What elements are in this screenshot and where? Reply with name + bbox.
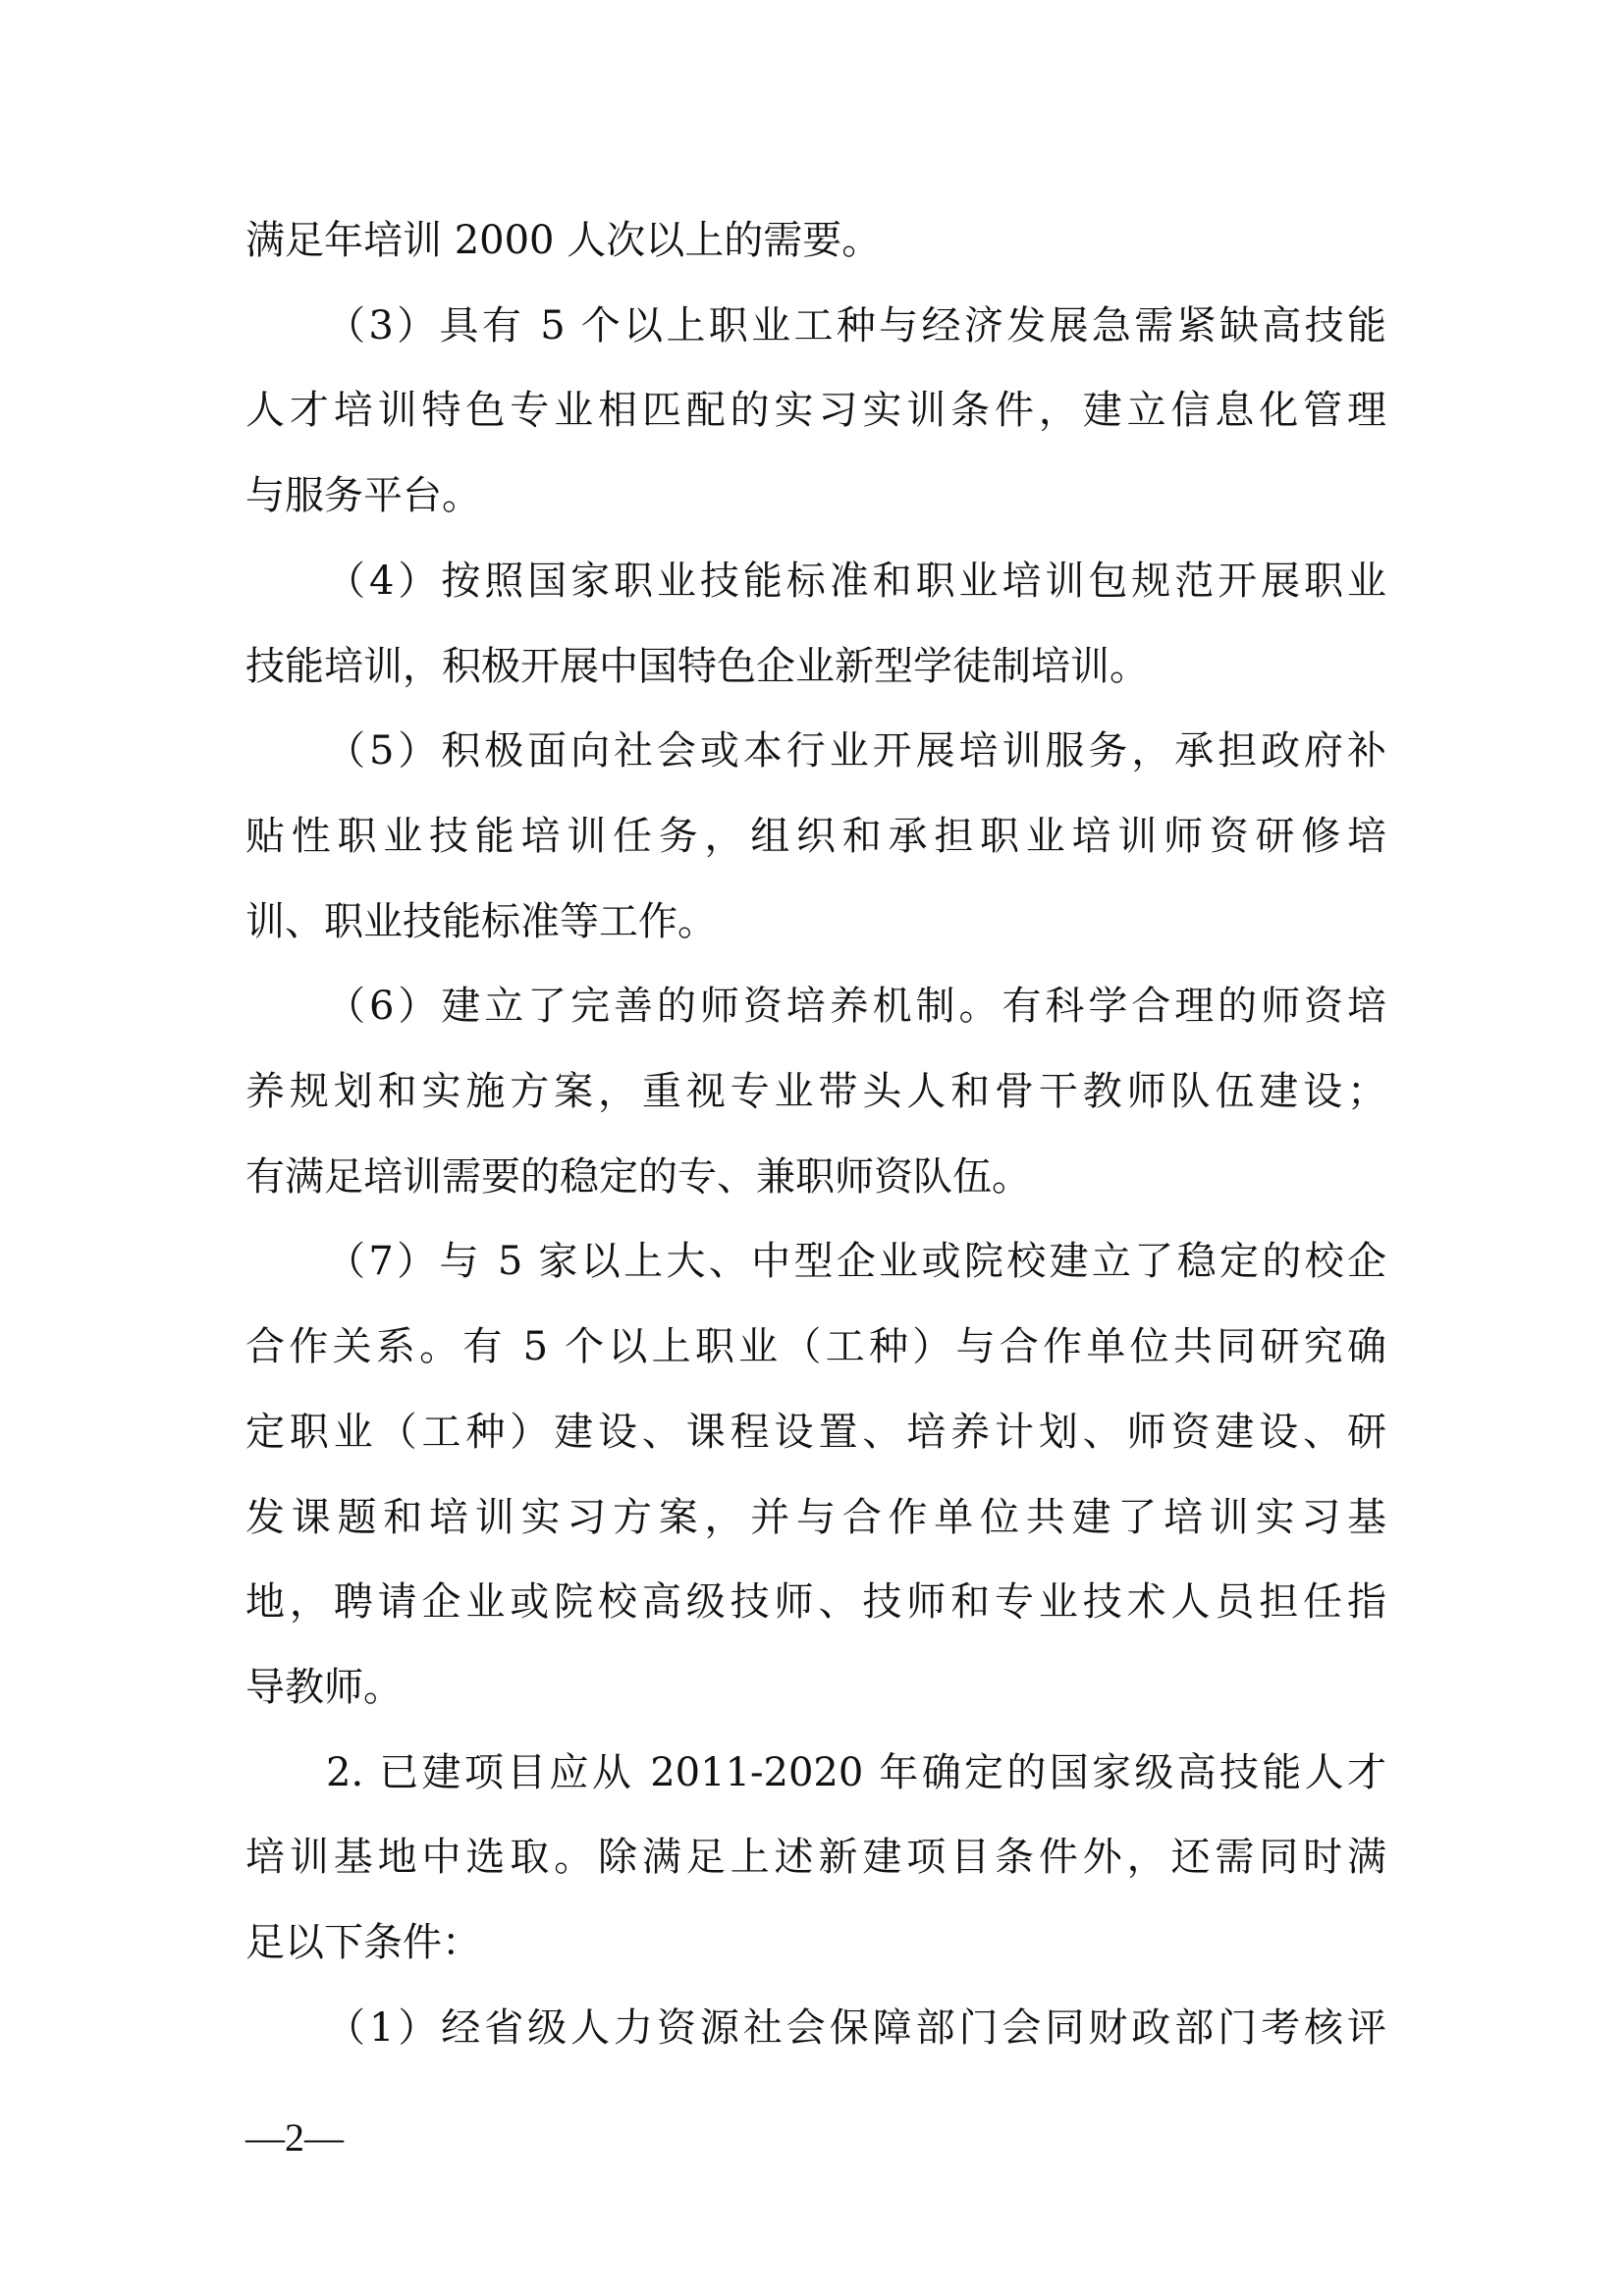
text-line: （4）按照国家职业技能标准和职业培训包规范开展职业 <box>326 552 1386 611</box>
text-line: 人才培训特色专业相匹配的实习实训条件，建立信息化管理 <box>245 381 1386 440</box>
text-line: 技能培训，积极开展中国特色企业新型学徒制培训。 <box>245 637 1386 696</box>
text-line: （7）与 5 家以上大、中型企业或院校建立了稳定的校企 <box>326 1232 1386 1291</box>
text-line: 与服务平台。 <box>245 466 1386 525</box>
text-line: 导教师。 <box>245 1658 1386 1717</box>
text-line: （5）积极面向社会或本行业开展培训服务，承担政府补 <box>326 721 1386 780</box>
text-line: 贴性职业技能培训任务，组织和承担职业培训师资研修培 <box>245 807 1386 866</box>
text-line: 足以下条件： <box>245 1913 1386 1972</box>
text-line: 满足年培训 2000 人次以上的需要。 <box>245 211 1386 270</box>
text-line: （1）经省级人力资源社会保障部门会同财政部门考核评 <box>326 1999 1386 2057</box>
text-line: 2. 已建项目应从 2011-2020 年确定的国家级高技能人才 <box>326 1743 1386 1802</box>
text-line: （3）具有 5 个以上职业工种与经济发展急需紧缺高技能 <box>326 296 1386 355</box>
page-number: —2— <box>245 2113 344 2163</box>
text-line: 培训基地中选取。除满足上述新建项目条件外，还需同时满 <box>245 1828 1386 1887</box>
text-line: 定职业（工种）建设、课程设置、培养计划、师资建设、研 <box>245 1403 1386 1462</box>
text-line: 养规划和实施方案，重视专业带头人和骨干教师队伍建设； <box>245 1062 1386 1121</box>
text-line: 合作关系。有 5 个以上职业（工种）与合作单位共同研究确 <box>245 1317 1386 1376</box>
text-line: 有满足培训需要的稳定的专、兼职师资队伍。 <box>245 1148 1386 1206</box>
document-page: 满足年培训 2000 人次以上的需要。 （3）具有 5 个以上职业工种与经济发展… <box>0 0 1624 2296</box>
text-line: 训、职业技能标准等工作。 <box>245 892 1386 951</box>
text-line: 地，聘请企业或院校高级技师、技师和专业技术人员担任指 <box>245 1573 1386 1631</box>
text-line: 发课题和培训实习方案，并与合作单位共建了培训实习基 <box>245 1488 1386 1547</box>
text-line: （6）建立了完善的师资培养机制。有科学合理的师资培 <box>326 977 1386 1036</box>
